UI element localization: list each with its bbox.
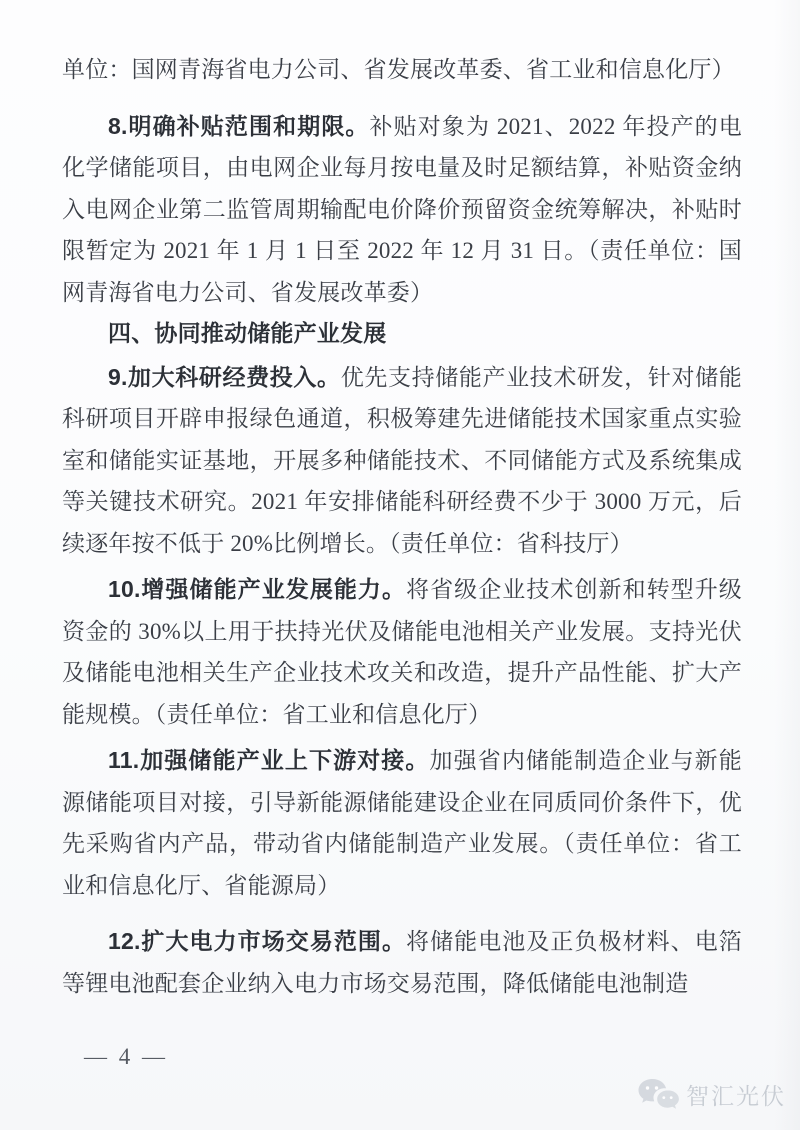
scanned-document-page: 单位：国网青海省电力公司、省发展改革委、省工业和信息化厅） 8.明确补贴范围和期… xyxy=(0,0,800,1130)
paragraph-text: 优先支持储能产业技术研发，针对储能科研项目开辟申报绿色通道，积极筹建先进储能技术… xyxy=(62,365,742,556)
paragraph-text: 补贴对象为 2021、2022 年投产的电化学储能项目，由电网企业每月按电量及时… xyxy=(62,114,742,305)
document-body: 单位：国网青海省电力公司、省发展改革委、省工业和信息化厅） 8.明确补贴范围和期… xyxy=(62,49,742,1004)
paragraph-item-12: 12.扩大电力市场交易范围。将储能电池及正负极材料、电箔等锂电池配套企业纳入电力… xyxy=(62,921,742,1004)
paragraph-item-10: 10.增强储能产业发展能力。将省级企业技术创新和转型升级资金的 30%以上用于扶… xyxy=(62,569,742,735)
item-12-lead: 12.扩大电力市场交易范围。 xyxy=(108,928,406,954)
section-heading-part-four: 四、协同推动储能产业发展 xyxy=(62,313,742,355)
item-8-lead: 8.明确补贴范围和期限。 xyxy=(108,113,370,139)
item-9-lead: 9.加大科研经费投入。 xyxy=(108,364,341,390)
paragraph-item-8: 8.明确补贴范围和期限。补贴对象为 2021、2022 年投产的电化学储能项目，… xyxy=(62,106,742,314)
paragraph-responsible-unit-continuation: 单位：国网青海省电力公司、省发展改革委、省工业和信息化厅） xyxy=(62,49,742,91)
paragraph-item-11: 11.加强储能产业上下游对接。加强省内储能制造企业与新能源储能项目对接，引导新能… xyxy=(62,740,742,906)
item-11-lead: 11.加强储能产业上下游对接。 xyxy=(108,747,430,773)
paragraph-text: 单位：国网青海省电力公司、省发展改革委、省工业和信息化厅） xyxy=(62,57,735,82)
watermark-label: 智汇光伏 xyxy=(686,1078,786,1111)
watermark: 智汇光伏 xyxy=(637,1077,786,1111)
paragraph-item-9: 9.加大科研经费投入。优先支持储能产业技术研发，针对储能科研项目开辟申报绿色通道… xyxy=(62,357,742,565)
item-10-lead: 10.增强储能产业发展能力。 xyxy=(108,576,406,602)
wechat-icon xyxy=(637,1077,679,1111)
section-heading-text: 四、协同推动储能产业发展 xyxy=(108,320,386,346)
page-number: — 4 — xyxy=(84,1044,168,1070)
